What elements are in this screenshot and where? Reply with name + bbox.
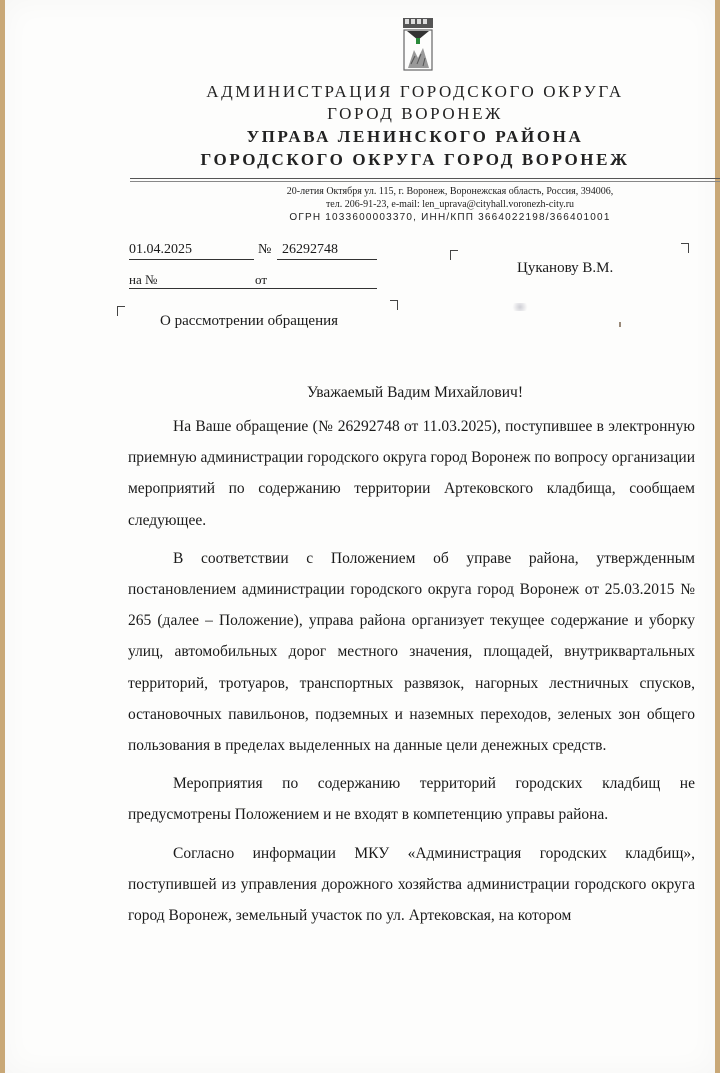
body-paragraph: Согласно информации МКУ «Администрация г… (128, 838, 695, 932)
contacts-line: тел. 206-91-23, e-mail: len_uprava@cityh… (185, 199, 715, 210)
body-paragraph: На Ваше обращение (№ 26292748 от 11.03.2… (128, 411, 695, 536)
scan-artifact (510, 303, 530, 311)
letterhead-line-4: ГОРОДСКОГО ОКРУГА ГОРОД ВОРОНЕЖ (5, 150, 720, 170)
body-paragraph: В соответствии с Положением об управе ра… (128, 543, 695, 761)
letterhead-divider (130, 178, 720, 179)
letterhead-divider-thin (130, 181, 720, 182)
recipient-name: Цуканову В.М. (517, 260, 613, 277)
body-paragraph: Мероприятия по содержанию территорий гор… (128, 768, 695, 830)
outgoing-number: 26292748 (282, 242, 338, 258)
letterhead-line-2: ГОРОД ВОРОНЕЖ (5, 104, 720, 124)
address-line: 20-летия Октября ул. 115, г. Воронеж, Во… (185, 186, 715, 197)
letterhead-line-1: АДМИНИСТРАЦИЯ ГОРОДСКОГО ОКРУГА (5, 82, 720, 102)
letter-body: На Ваше обращение (№ 26292748 от 11.03.2… (128, 411, 695, 938)
subject-bracket-left (117, 306, 125, 316)
ref-underline (129, 288, 377, 289)
number-underline (277, 259, 377, 260)
subject-bracket-right (390, 300, 398, 310)
letterhead-line-3: УПРАВА ЛЕНИНСКОГО РАЙОНА (5, 127, 720, 147)
letter-subject: О рассмотрении обращения (160, 313, 338, 330)
greeting: Уважаемый Вадим Михайлович! (5, 384, 720, 402)
outgoing-date: 01.04.2025 (129, 242, 192, 258)
recipient-bracket-left (450, 250, 458, 260)
scan-artifact-mark (619, 322, 621, 327)
number-label: № (258, 242, 271, 258)
registration-line: ОГРН 1033600003370, ИНН/КПП 3664022198/3… (185, 212, 715, 223)
voronezh-coat-of-arms-icon (399, 18, 437, 72)
recipient-bracket-right (681, 243, 689, 253)
letter-page: АДМИНИСТРАЦИЯ ГОРОДСКОГО ОКРУГА ГОРОД ВО… (5, 0, 715, 1073)
date-underline (129, 259, 254, 260)
ref-number-label: на № (129, 272, 157, 288)
ref-from-label: от (255, 272, 267, 288)
